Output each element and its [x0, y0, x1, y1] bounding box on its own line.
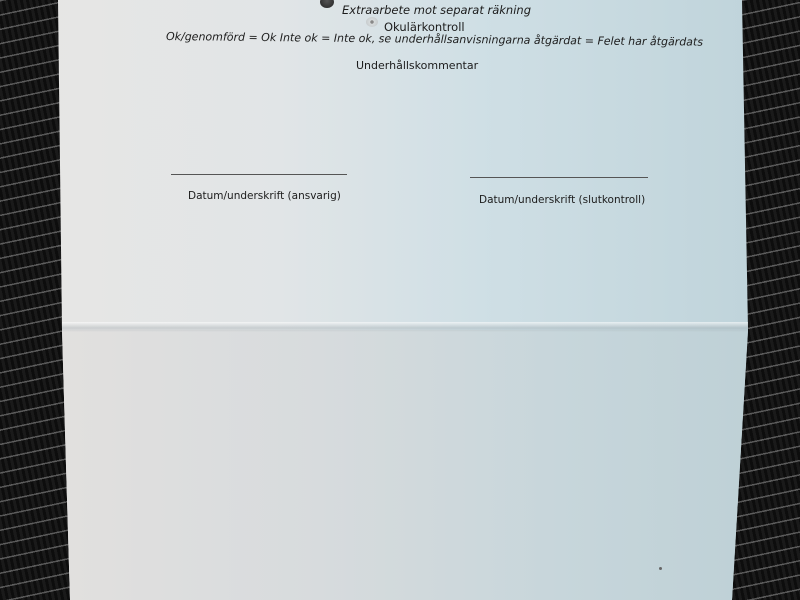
radio-empty-icon	[366, 17, 378, 27]
signature-label-responsible: Datum/underskrift (ansvarig)	[188, 190, 341, 202]
signature-line-final-check	[470, 177, 648, 178]
maintenance-comment-heading: Underhållskommentar	[356, 59, 478, 72]
option-extra-work: Extraarbete mot separat räkning	[342, 3, 531, 17]
signature-label-final-check: Datum/underskrift (slutkontroll)	[479, 194, 645, 206]
paper-speck	[659, 567, 662, 570]
signature-line-responsible	[171, 174, 347, 175]
paper-lower-fold	[0, 318, 800, 600]
paper-fold-crease	[62, 322, 748, 332]
